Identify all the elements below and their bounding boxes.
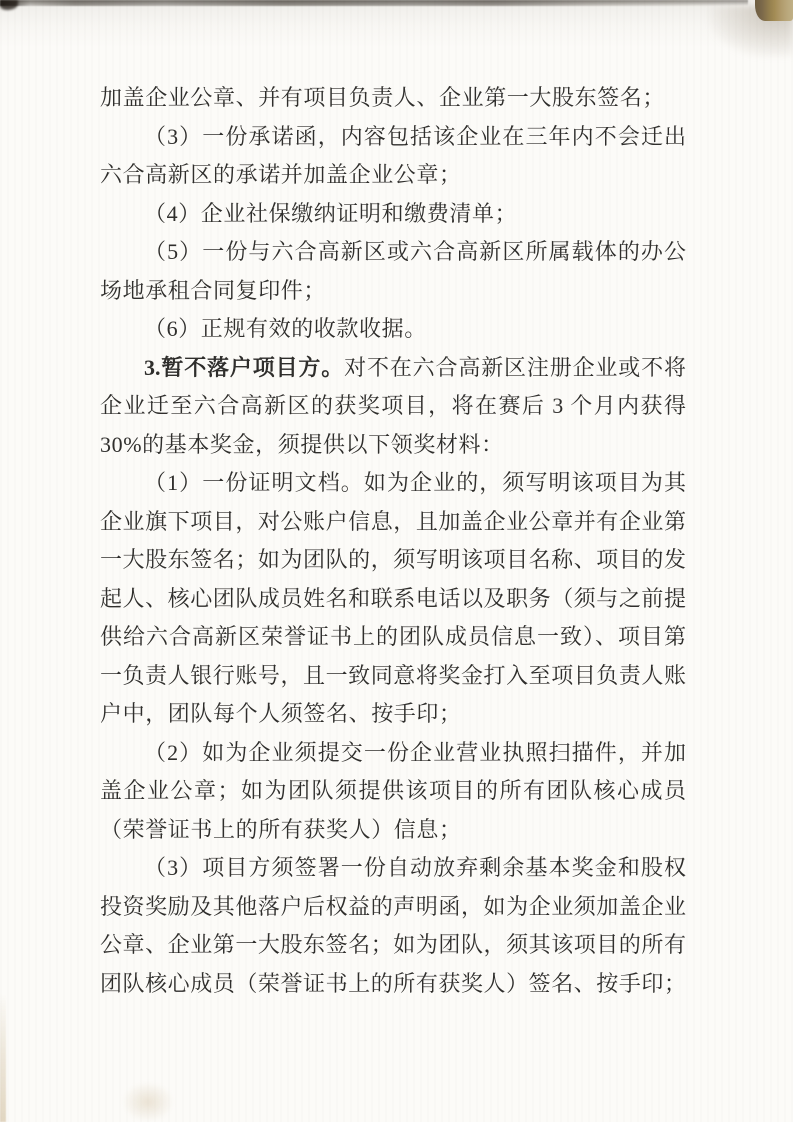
text-line: （6）正规有效的收款收据。 <box>100 310 686 349</box>
text-run: 盖企业公章；如为团队须提供该项目的所有团队核心成员 <box>100 778 686 803</box>
text-run: 场地承租合同复印件； <box>100 278 326 303</box>
text-run: 30%的基本奖金，须提供以下领奖材料： <box>100 432 504 457</box>
text-line: 场地承租合同复印件； <box>100 272 686 311</box>
text-run: （4）企业社保缴纳证明和缴费清单； <box>144 201 517 226</box>
text-run: 企业迁至六合高新区的获奖项目，将在赛后 3 个月内获得 <box>100 393 686 418</box>
text-run: 对不在六合高新区注册企业或不将 <box>344 355 686 380</box>
text-line: （荣誉证书上的所有获奖人）信息； <box>100 811 686 850</box>
text-run: （荣誉证书上的所有获奖人）信息； <box>100 817 462 842</box>
text-run: （6）正规有效的收款收据。 <box>144 316 427 341</box>
text-line: （5）一份与六合高新区或六合高新区所属载体的办公 <box>100 233 686 272</box>
text-run: 起人、核心团队成员姓名和联系电话以及职务（须与之前提 <box>100 586 686 611</box>
text-line: （4）企业社保缴纳证明和缴费清单； <box>100 195 686 234</box>
scan-top-edge-band <box>0 0 748 6</box>
text-line: （3）一份承诺函，内容包括该企业在三年内不会迁出 <box>100 118 686 157</box>
text-run: （3）项目方须签署一份自动放弃剩余基本奖金和股权 <box>144 855 686 880</box>
text-line: 起人、核心团队成员姓名和联系电话以及职务（须与之前提 <box>100 580 686 619</box>
text-line: 企业迁至六合高新区的获奖项目，将在赛后 3 个月内获得 <box>100 387 686 426</box>
scan-bottom-smudge <box>122 1082 174 1122</box>
text-line: 30%的基本奖金，须提供以下领奖材料： <box>100 426 686 465</box>
text-line: （2）如为企业须提交一份企业营业执照扫描件，并加 <box>100 734 686 773</box>
text-line: 加盖企业公章、并有项目负责人、企业第一大股东签名； <box>100 79 686 118</box>
text-line: 公章、企业第一大股东签名；如为团队，须其该项目的所有 <box>100 926 686 965</box>
text-line: 六合高新区的承诺并加盖企业公章； <box>100 156 686 195</box>
text-run: 投资奖励及其他落户后权益的声明函，如为企业须加盖企业 <box>100 894 686 919</box>
scanned-document-page: { "page": { "background_color": "#fcfbf8… <box>0 0 793 1122</box>
text-run: 六合高新区的承诺并加盖企业公章； <box>100 162 462 187</box>
text-run: 一大股东签名；如为团队的，须写明该项目名称、项目的发 <box>100 547 686 572</box>
text-run: 团队核心成员（荣誉证书上的所有获奖人）签名、按手印； <box>100 971 686 996</box>
scan-left-edge-strip <box>0 994 6 1122</box>
text-run: 加盖企业公章、并有项目负责人、企业第一大股东签名； <box>100 85 665 110</box>
text-line: 户中，团队每个人须签名、按手印； <box>100 695 686 734</box>
text-line: 团队核心成员（荣誉证书上的所有获奖人）签名、按手印； <box>100 965 686 1004</box>
text-run: 企业旗下项目，对公账户信息，且加盖企业公章并有企业第 <box>100 509 686 534</box>
text-line: 一大股东签名；如为团队的，须写明该项目名称、项目的发 <box>100 541 686 580</box>
text-run: 一负责人银行账号，且一致同意将奖金打入至项目负责人账 <box>100 663 686 688</box>
text-line: 企业旗下项目，对公账户信息，且加盖企业公章并有企业第 <box>100 503 686 542</box>
text-run: （2）如为企业须提交一份企业营业执照扫描件，并加 <box>144 740 686 765</box>
bold-heading-run: 3.暂不落户项目方。 <box>144 355 344 380</box>
scanner-edge-object <box>755 0 793 21</box>
text-line: 供给六合高新区荣誉证书上的团队成员信息一致）、项目第 <box>100 618 686 657</box>
scan-top-wash <box>0 0 793 48</box>
text-run: （5）一份与六合高新区或六合高新区所属载体的办公 <box>144 239 686 264</box>
text-block: 加盖企业公章、并有项目负责人、企业第一大股东签名；（3）一份承诺函，内容包括该企… <box>100 79 686 1003</box>
text-line: 投资奖励及其他落户后权益的声明函，如为企业须加盖企业 <box>100 888 686 927</box>
text-line: （3）项目方须签署一份自动放弃剩余基本奖金和股权 <box>100 849 686 888</box>
text-run: 供给六合高新区荣誉证书上的团队成员信息一致）、项目第 <box>100 624 686 649</box>
text-line: 3.暂不落户项目方。对不在六合高新区注册企业或不将 <box>100 349 686 388</box>
text-line: （1）一份证明文档。如为企业的，须写明该项目为其 <box>100 464 686 503</box>
text-run: 户中，团队每个人须签名、按手印； <box>100 701 462 726</box>
text-line: 盖企业公章；如为团队须提供该项目的所有团队核心成员 <box>100 772 686 811</box>
text-run: （1）一份证明文档。如为企业的，须写明该项目为其 <box>144 470 686 495</box>
text-line: 一负责人银行账号，且一致同意将奖金打入至项目负责人账 <box>100 657 686 696</box>
text-run: 公章、企业第一大股东签名；如为团队，须其该项目的所有 <box>100 932 686 957</box>
text-run: （3）一份承诺函，内容包括该企业在三年内不会迁出 <box>144 124 686 149</box>
